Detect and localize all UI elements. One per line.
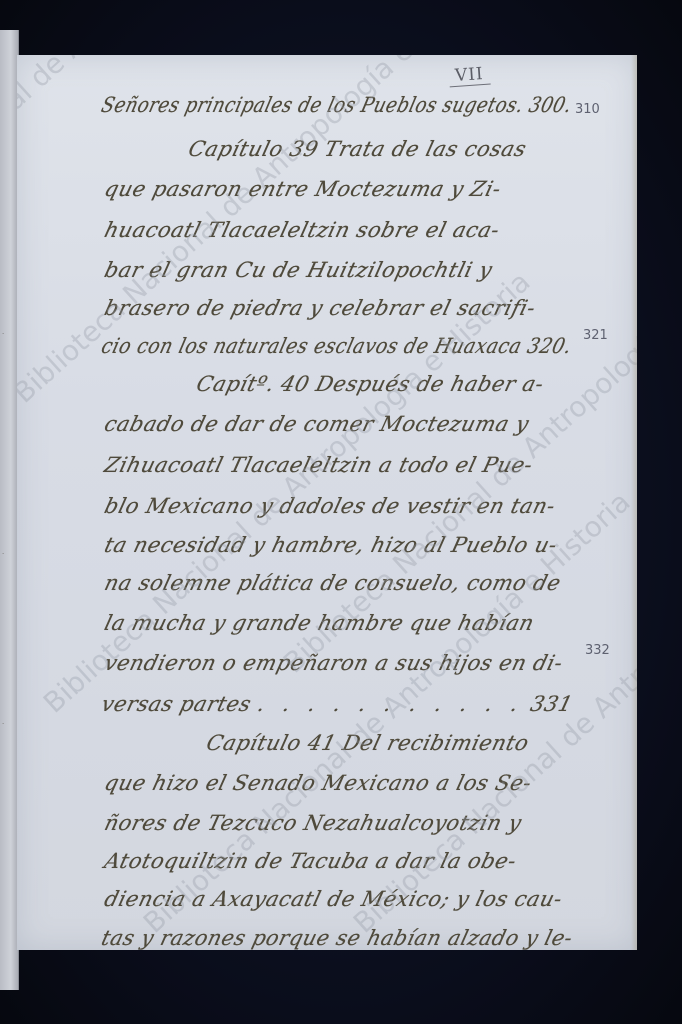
margin-mark: · (2, 330, 4, 338)
manuscript-line: vendieron o empeñaron a sus hijos en di- (102, 651, 565, 675)
manuscript-line: cio con los naturales esclavos de Huaxac… (99, 334, 574, 358)
manuscript-line: Atotoquiltzin de Tacuba a dar la obe- (102, 849, 519, 873)
pencil-page-number: 332 (585, 643, 610, 658)
margin-mark: · (2, 550, 4, 558)
line-text: diencia a Axayacatl de México; y los cau… (102, 887, 565, 911)
chapter-heading: Capítº. 40 Después de haber a- (194, 372, 546, 396)
line-text: brasero de piedra y celebrar el sacrifi- (102, 296, 538, 320)
line-text: Atotoquiltzin de Tacuba a dar la obe- (102, 849, 519, 873)
line-text: tas y razones porque se habían alzado y … (99, 926, 575, 950)
pencil-page-number: 310 (575, 102, 600, 117)
manuscript-line: ñores de Tezcuco Nezahualcoyotzin y (102, 811, 524, 835)
line-text: vendieron o empeñaron a sus hijos en di- (102, 651, 565, 675)
manuscript-line: bar el gran Cu de Huitzilopochtli y (102, 258, 495, 282)
manuscript-line: cabado de dar de comer Moctezuma y (102, 412, 532, 436)
chapter-heading: Capítulo 39 Trata de las cosas (186, 137, 529, 161)
pencil-page-number: 321 (583, 328, 608, 343)
manuscript-page: VII Señores principales de los Pueblos s… (17, 55, 637, 950)
line-text: versas partes (99, 692, 254, 716)
page-reference: 320. (525, 334, 575, 358)
manuscript-line: huacoatl Tlacaeleltzin sobre el aca- (102, 218, 502, 242)
manuscript-line: tas y razones porque se habían alzado y … (99, 926, 575, 950)
margin-mark: · (2, 720, 4, 728)
line-text: Capítulo 39 Trata de las cosas (186, 137, 529, 161)
manuscript-line: ta necesidad y hambre, hizo al Pueblo u- (102, 533, 560, 557)
manuscript-line: blo Mexicano y dadoles de vestir en tan- (102, 494, 558, 518)
manuscript-line: Zihuacoatl Tlacaeleltzin a todo el Pue- (102, 453, 535, 477)
manuscript-line: Señores principales de los Pueblos suget… (99, 93, 575, 117)
line-text: Señores principales de los Pueblos suget… (99, 93, 526, 117)
page-reference: 300. (526, 93, 574, 117)
line-text: que hizo el Senado Mexicano a los Se- (102, 771, 534, 795)
line-text: Capítº. 40 Después de haber a- (194, 372, 546, 396)
line-text: Zihuacoatl Tlacaeleltzin a todo el Pue- (102, 453, 535, 477)
leader-dots: . . . . . . . . . . . (255, 692, 527, 716)
line-text: na solemne plática de consuelo, como de (102, 571, 564, 595)
manuscript-line: diencia a Axayacatl de México; y los cau… (102, 887, 565, 911)
line-text: la mucha y grande hambre que habían (102, 611, 537, 635)
line-text: que pasaron entre Moctezuma y Zi- (102, 177, 504, 201)
line-text: cabado de dar de comer Moctezuma y (102, 412, 532, 436)
line-text: cio con los naturales esclavos de Huaxac… (99, 334, 524, 358)
folio-number: VII (448, 64, 490, 88)
line-text: ta necesidad y hambre, hizo al Pueblo u- (102, 533, 560, 557)
page-reference: 331 (528, 692, 575, 716)
line-text: Capítulo 41 Del recibimiento (204, 731, 532, 755)
line-text: ñores de Tezcuco Nezahualcoyotzin y (102, 811, 524, 835)
chapter-heading: Capítulo 41 Del recibimiento (204, 731, 532, 755)
line-text: bar el gran Cu de Huitzilopochtli y (102, 258, 495, 282)
line-text: blo Mexicano y dadoles de vestir en tan- (102, 494, 558, 518)
manuscript-line: que pasaron entre Moctezuma y Zi- (102, 177, 504, 201)
manuscript-line: la mucha y grande hambre que habían (102, 611, 537, 635)
manuscript-line: que hizo el Senado Mexicano a los Se- (102, 771, 534, 795)
manuscript-line: versas partes . . . . . . . . . . . 331 (99, 692, 575, 716)
line-text: huacoatl Tlacaeleltzin sobre el aca- (102, 218, 502, 242)
manuscript-line: na solemne plática de consuelo, como de (102, 571, 564, 595)
watermark: Biblioteca Nacional de Antropología e Hi… (17, 55, 317, 280)
manuscript-line: brasero de piedra y celebrar el sacrifi- (102, 296, 538, 320)
